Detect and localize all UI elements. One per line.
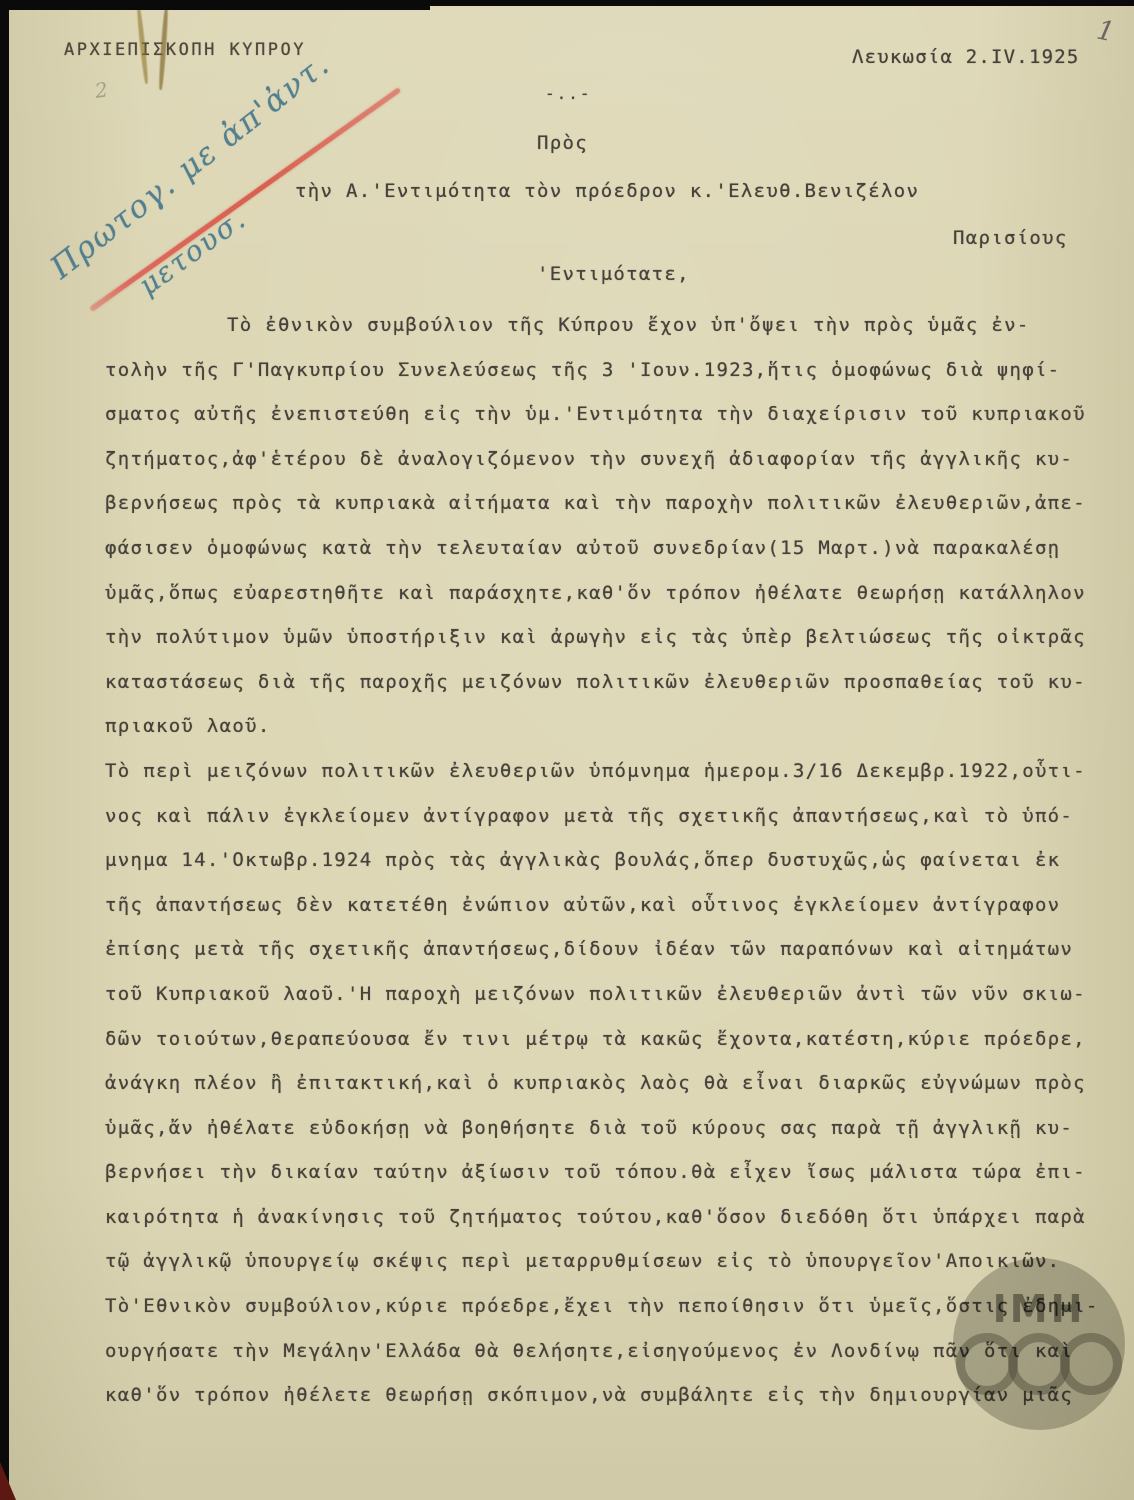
scan-edge-left [0,0,9,1500]
body-line: βερνήσει τὴν δικαίαν ταύτην ἀξίωσιν τοῦ … [105,1150,1134,1195]
archive-watermark-stamp: ΙΜΗ [953,1258,1125,1430]
salutation: 'Εντιμότατε, [537,263,690,285]
recipient-name-line: τὴν Α.'Εντιμότητα τὸν πρόεδρον κ.'Ελευθ.… [295,180,919,202]
body-line: τὴν πολύτιμον ὑμῶν ὑποστήριξιν καὶ ἀρωγὴ… [105,615,1134,660]
body-line: Τὸ περὶ μειζόνων πολιτικῶν ἐλευθεριῶν ὑπ… [105,749,1134,794]
recipient-city: Παρισίους [953,227,1068,249]
body-line: ἐπίσης μετὰ τῆς σχετικῆς ἀπαντήσεως,δίδο… [105,927,1134,972]
body-line: σματος αὐτῆς ἐνεπιστεύθη εἰς τὴν ὑμ.'Εντ… [105,392,1134,437]
scanned-letter-page: ΑΡΧΙΕΠΙΣΚΟΠΗ ΚΥΠΡΟΥ Λευκωσία 2.IV.1925 1… [0,0,1134,1500]
recipient-to-label: Πρὸς [537,132,588,154]
body-line: καταστάσεως διὰ τῆς παροχῆς μειζόνων πολ… [105,660,1134,705]
body-line: ἀνάγκη πλέον ἢ ἐπιτακτική,καὶ ὁ κυπριακὸ… [105,1061,1134,1106]
scan-corner-mark [0,1462,16,1500]
body-line: τοῦ Κυπριακοῦ λαοῦ.'Η παροχὴ μειζόνων πο… [105,972,1134,1017]
watermark-text: ΙΜΗ [993,1287,1086,1331]
watermark-rings-motif [956,1333,1122,1395]
body-line: φάσισεν ὁμοφώνως κατὰ τὴν τελευταίαν αὐτ… [105,526,1134,571]
body-line: δῶν τοιούτων,θεραπεύουσα ἔν τινι μέτρῳ τ… [105,1017,1134,1062]
body-line: Τὸ ἐθνικὸν συμβούλιον τῆς Κύπρου ἔχον ὑπ… [105,303,1134,348]
body-line: καιρότητα ἡ ἀνακίνησις τοῦ ζητήματος τού… [105,1195,1134,1240]
faint-pencil-mark: 2 [93,77,109,103]
dateline: Λευκωσία 2.IV.1925 [852,46,1080,68]
body-line: τολὴν τῆς Γ'Παγκυπρίου Συνελεύσεως τῆς 3… [105,348,1134,393]
scan-edge-top-left [0,0,430,10]
body-line: τῷ ἀγγλικῷ ὑπουργείῳ σκέψις περὶ μεταρρυ… [105,1239,1134,1284]
body-line: νος καὶ πάλιν ἐγκλείομεν ἀντίγραφον μετὰ… [105,794,1134,839]
paper-background: ΑΡΧΙΕΠΙΣΚΟΠΗ ΚΥΠΡΟΥ Λευκωσία 2.IV.1925 1… [9,6,1134,1500]
body-line: μνημα 14.'Οκτωβρ.1924 πρὸς τὰς ἀγγλικὰς … [105,838,1134,883]
separator-dashes: -..- [545,84,592,103]
body-line: ὑμᾶς,ἄν ἠθέλατε εὐδοκήσῃ νὰ βοηθήσητε δι… [105,1106,1134,1151]
body-line: ὑμᾶς,ὅπως εὐαρεστηθῆτε καὶ παράσχητε,καθ… [105,571,1134,616]
body-line: τῆς ἀπαντήσεως δὲν κατετέθη ἐνώπιον αὐτῶ… [105,883,1134,928]
page-number-pencil: 1 [1094,15,1117,49]
body-line: πριακοῦ λαοῦ. [105,704,1134,749]
body-line: βερνήσεως πρὸς τὰ κυπριακὰ αἰτήματα καὶ … [105,481,1134,526]
letter-body: Τὸ ἐθνικὸν συμβούλιον τῆς Κύπρου ἔχον ὑπ… [105,303,1134,1418]
letterhead: ΑΡΧΙΕΠΙΣΚΟΠΗ ΚΥΠΡΟΥ [64,40,306,60]
body-line: ζητήματος,ἀφ'ἑτέρου δὲ ἀναλογιζόμενον τὴ… [105,437,1134,482]
